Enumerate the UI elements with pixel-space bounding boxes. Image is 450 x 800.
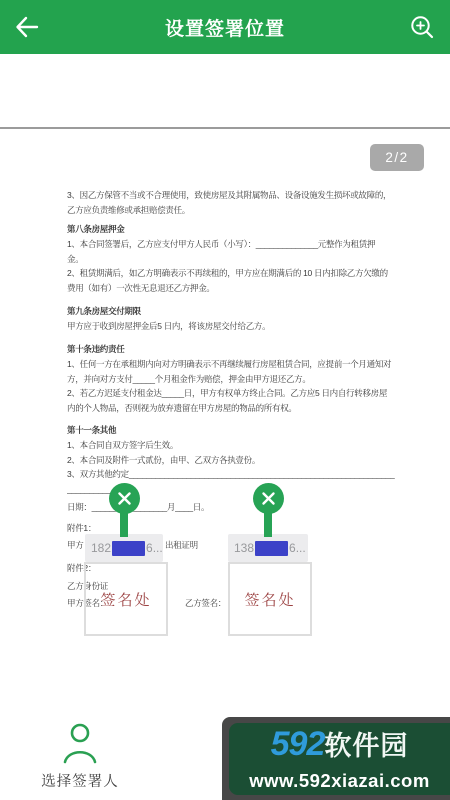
watermark: 592软件园 www.592xiazai.com [222,717,450,800]
doc-line: 内的个人物品，否则视为放弃遗留在甲方房屋的物品的所有权。 [67,401,397,416]
signature-box-label: 签名处 [100,589,151,610]
doc-fragment: 甲方 [67,540,83,550]
doc-line: 第八条房屋押金 [67,222,397,237]
doc-line: 第十一条其他 [67,423,397,438]
phone-prefix: 182 [91,541,111,555]
remove-signer-a-button[interactable] [109,483,140,514]
app-screen: 设置签署位置 2/2 3、因乙方保管不当或不合理使用，致使房屋及其附属物品、设备… [0,0,450,800]
person-icon [61,722,99,764]
doc-line: 甲方应于收到房屋押金后5 日内，将该房屋交付给乙方。 [67,319,397,334]
doc-line: 1、任何一方在承租期内向对方明确表示不再继续履行房屋租赁合同，应提前一个月通知对 [67,357,397,372]
signer-tag-a[interactable]: 182 6... [85,534,163,562]
doc-fragment: 乙方签名： [185,596,226,611]
watermark-brand-suffix: 软件园 [324,731,408,761]
back-button[interactable] [0,0,54,54]
zoom-in-icon [409,14,436,41]
zoom-in-button[interactable] [396,0,450,54]
doc-paragraph: 第八条房屋押金1、本合同签署后，乙方应支付甲方人民币（小写）：_________… [67,222,397,296]
pin-stem [264,511,272,537]
watermark-logo: 592软件园 www.592xiazai.com [229,723,450,795]
content-divider [0,127,450,129]
app-header: 设置签署位置 [0,0,450,54]
watermark-brand: 592软件园 [271,726,409,769]
back-arrow-icon [14,14,40,40]
watermark-url: www.592xiazai.com [249,769,430,793]
signature-box-label: 签名处 [244,589,295,610]
doc-line: 2、若乙方迟延支付租金达_____日，甲方有权单方终止合同。乙方应5 日内自行转… [67,386,397,401]
doc-line: 费用（如有）一次性无息退还乙方押金。 [67,281,397,296]
page-indicator-badge: 2/2 [370,144,424,171]
redaction-overlay [112,541,145,556]
redaction-overlay [255,541,288,556]
close-icon [117,491,132,506]
watermark-brand-number: 592 [271,725,325,763]
signature-box-party-b[interactable]: 签名处 [228,562,312,636]
doc-line: 第十条违约责任 [67,342,397,357]
doc-line: 1、本合同签署后，乙方应支付甲方人民币（小写）：______________元整… [67,237,397,252]
close-icon [261,491,276,506]
doc-paragraph: 第九条房屋交付期限甲方应于收到房屋押金后5 日内，将该房屋交付给乙方。 [67,304,397,334]
doc-line: 2、租赁期满后，如乙方明确表示不再续租的，甲方应在期满后的 10 日内扣除乙方欠… [67,266,397,281]
doc-line: 金。 [67,252,397,267]
signer-tag-b[interactable]: 138 6... [228,534,308,562]
doc-line: 2、本合同及附件一式贰份，由甲、乙双方各执壹份。 [67,453,397,468]
doc-line: 3、因乙方保管不当或不合理使用，致使房屋及其附属物品、设备设施发生损坏或故障的， [67,188,397,203]
select-signer-button[interactable]: 选择签署人 [30,722,130,791]
select-signer-label: 选择签署人 [30,770,130,791]
phone-suffix: 6... [146,541,163,555]
doc-fragment: 出租证明 [165,537,198,554]
phone-prefix: 138 [234,541,254,555]
doc-line: 方，并向对方支付_____个月租金作为赔偿，押金由甲方退还乙方。 [67,372,397,387]
doc-line: 1、本合同自双方签字后生效。 [67,438,397,453]
remove-signer-b-button[interactable] [253,483,284,514]
doc-line: 第九条房屋交付期限 [67,304,397,319]
doc-paragraph: 3、因乙方保管不当或不合理使用，致使房屋及其附属物品、设备设施发生损坏或故障的，… [67,188,397,218]
page-title: 设置签署位置 [165,14,285,41]
pin-stem [120,511,128,537]
doc-paragraph: 第十条违约责任1、任何一方在承租期内向对方明确表示不再继续履行房屋租赁合同，应提… [67,342,397,416]
signature-box-party-a[interactable]: 签名处 [84,562,168,636]
doc-line: 乙方应负责维修或承担赔偿责任。 [67,203,397,218]
phone-suffix: 6... [289,541,306,555]
doc-line: 3、双方其他约定________________________________… [67,467,397,482]
